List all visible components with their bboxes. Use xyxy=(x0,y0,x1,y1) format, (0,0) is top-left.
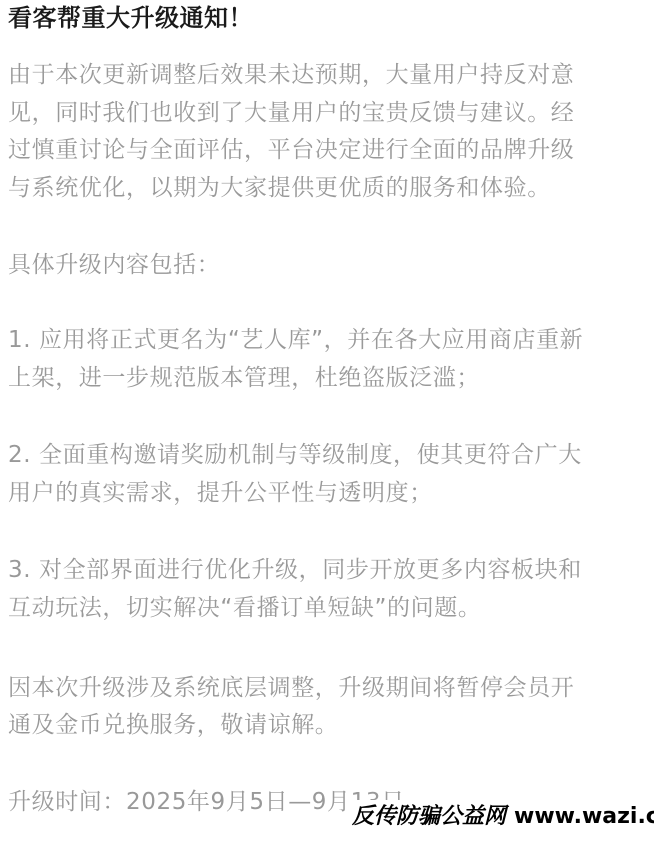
list-item-2-line-2: 用户的真实需求，提升公平性与透明度； xyxy=(8,477,433,509)
intro-line-1: 由于本次更新调整后效果未达预期，大量用户持反对意 xyxy=(8,59,574,91)
list-item-2-line-1: 2. 全面重构邀请奖励机制与等级制度，使其更符合广大 xyxy=(8,439,582,471)
upgrade-time: 升级时间：2025年9月5日—9月13日 xyxy=(8,786,405,818)
watermark-site-name: 反传防骗公益网 xyxy=(352,804,506,829)
closing-line-1: 因本次升级涉及系统底层调整，升级期间将暂停会员开 xyxy=(8,672,574,704)
notice-title: 看客帮重大升级通知！ xyxy=(8,2,253,34)
watermark-url: www.wazi.cc xyxy=(514,804,654,829)
list-item-3-line-2: 互动玩法，切实解决“看播订单短缺”的问题。 xyxy=(8,592,481,624)
closing-line-2: 通及金币兑换服务，敬请谅解。 xyxy=(8,709,338,741)
list-heading: 具体升级内容包括： xyxy=(8,249,220,281)
intro-line-3: 过慎重讨论与全面评估，平台决定进行全面的品牌升级 xyxy=(8,134,574,166)
list-item-1-line-2: 上架，进一步规范版本管理，杜绝盗版泛滥； xyxy=(8,362,480,394)
list-item-3-line-1: 3. 对全部界面进行优化升级，同步开放更多内容板块和 xyxy=(8,554,582,586)
intro-line-2: 见，同时我们也收到了大量用户的宝贵反馈与建议。经 xyxy=(8,97,574,129)
intro-line-4: 与系统优化，以期为大家提供更优质的服务和体验。 xyxy=(8,172,551,204)
list-item-1-line-1: 1. 应用将正式更名为“艺人库”，并在各大应用商店重新 xyxy=(8,324,583,356)
watermark: 反传防骗公益网www.wazi.cc xyxy=(350,800,654,834)
